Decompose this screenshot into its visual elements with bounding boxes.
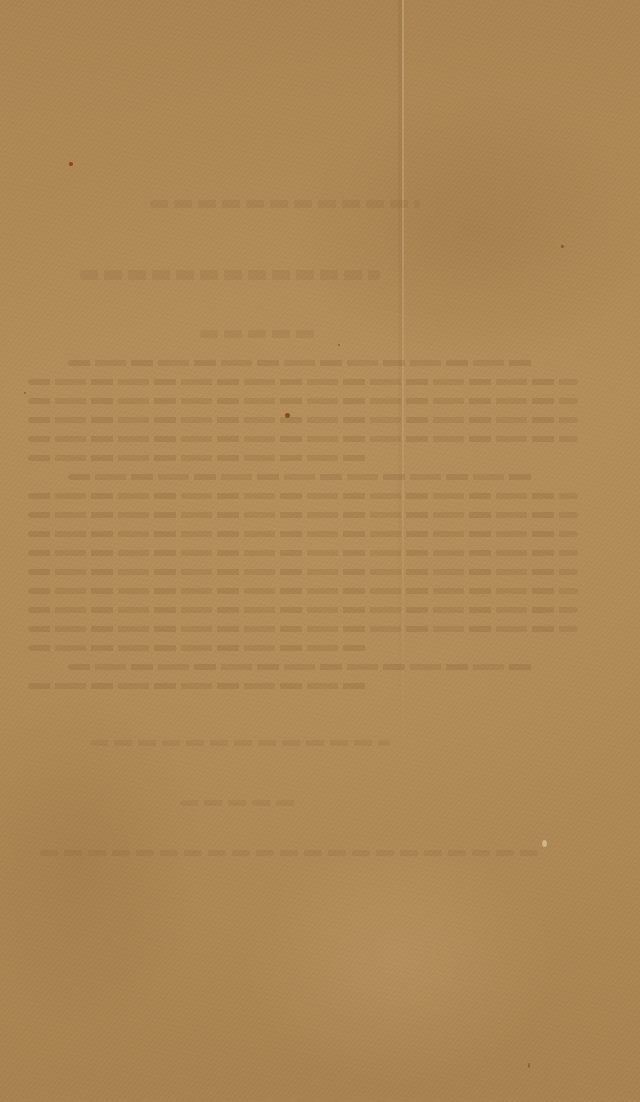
bleed-through-line: [28, 588, 578, 594]
bleed-through-line: [28, 607, 578, 613]
bleed-through-line: [68, 360, 536, 366]
bleed-through-line: [28, 436, 578, 442]
bleed-through-heading: [180, 800, 300, 806]
foxing-spot: [561, 245, 564, 248]
paper-speck-light: [542, 840, 547, 847]
foxing-spot: [24, 392, 26, 394]
bleed-through-line: [28, 398, 578, 404]
bleed-through-line: [28, 645, 369, 651]
bleed-through-heading: [40, 850, 540, 856]
bleed-through-heading: [200, 330, 320, 338]
bleed-through-line: [28, 626, 578, 632]
foxing-spot: [338, 344, 340, 346]
bleed-through-line: [28, 512, 578, 518]
bleed-through-line: [28, 379, 578, 385]
bleed-through-line: [28, 417, 578, 423]
bleed-through-line: [28, 550, 578, 556]
bleed-through-text: [28, 360, 578, 702]
paper-page: [0, 0, 640, 1102]
foxing-spot: [528, 1063, 530, 1068]
bleed-through-line: [28, 531, 578, 537]
foxing-spot: [285, 413, 290, 418]
bleed-through-line: [68, 474, 536, 480]
bleed-through-heading: [90, 740, 390, 746]
bleed-through-heading: [150, 200, 420, 208]
bleed-through-line: [28, 455, 369, 461]
bleed-through-line: [68, 664, 536, 670]
foxing-spot: [69, 162, 73, 166]
bleed-through-line: [28, 493, 578, 499]
bleed-through-line: [28, 569, 578, 575]
bleed-through-heading: [80, 270, 380, 280]
bleed-through-line: [28, 683, 369, 689]
